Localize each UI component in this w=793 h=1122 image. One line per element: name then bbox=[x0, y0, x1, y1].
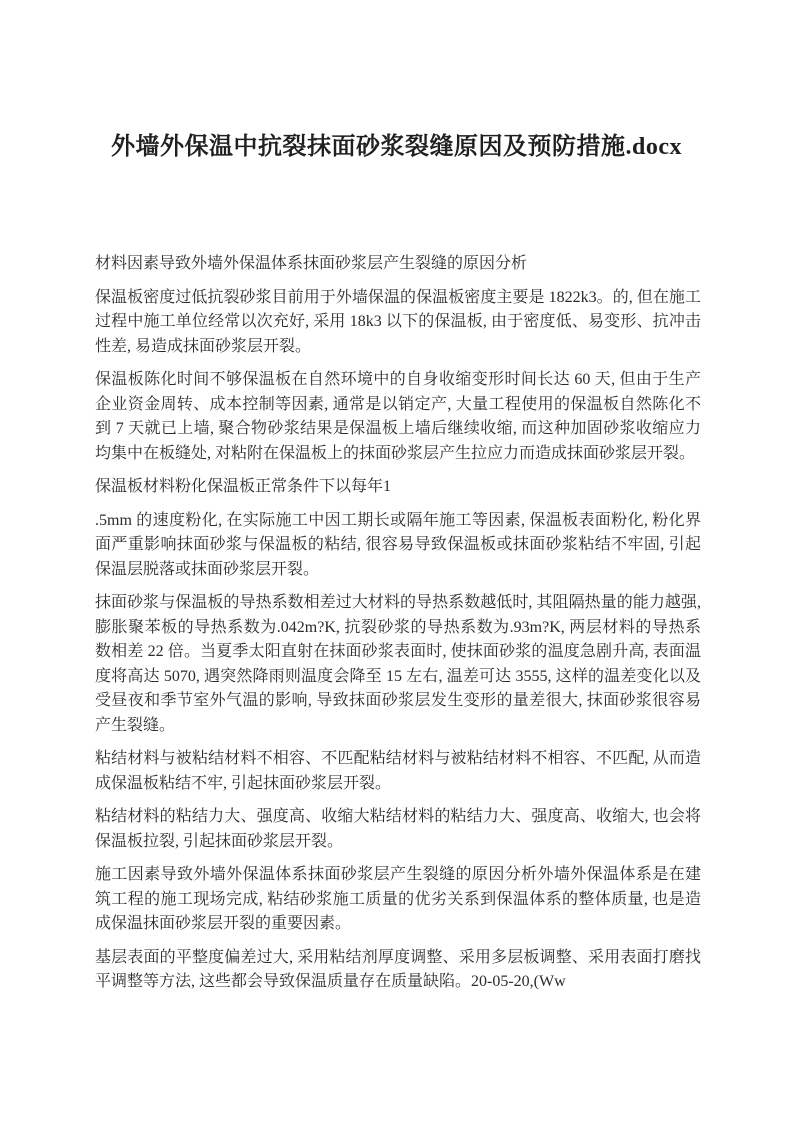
paragraph-base-surface-flatness: 基层表面的平整度偏差过大, 采用粘结剂厚度调整、采用多层板调整、采用表面打磨找平… bbox=[95, 946, 701, 995]
document-title: 外墙外保温中抗裂抹面砂浆裂缝原因及预防措施.docx bbox=[56, 130, 737, 164]
paragraph-powdering-detail: .5mm 的速度粉化, 在实际施工中因工期长或隔年施工等因素, 保温板表面粉化,… bbox=[95, 509, 701, 583]
document-page: 外墙外保温中抗裂抹面砂浆裂缝原因及预防措施.docx 材料因素导致外墙外保温体系… bbox=[0, 0, 793, 1122]
paragraph-construction-factors: 施工因素导致外墙外保温体系抹面砂浆层产生裂缝的原因分析外墙外保温体系是在建筑工程… bbox=[95, 863, 701, 937]
paragraph-heading-material-factors: 材料因素导致外墙外保温体系抹面砂浆层产生裂缝的原因分析 bbox=[95, 252, 701, 277]
paragraph-bonding-incompatibility: 粘结材料与被粘结材料不相容、不匹配粘结材料与被粘结材料不相容、不匹配, 从而造成… bbox=[95, 747, 701, 796]
paragraph-board-density: 保温板密度过低抗裂砂浆目前用于外墙保温的保温板密度主要是 1822k3。的, 但… bbox=[95, 286, 701, 360]
paragraph-powdering-intro: 保温板材料粉化保温板正常条件下以每年1 bbox=[95, 475, 701, 500]
paragraph-thermal-conductivity: 抹面砂浆与保温板的导热系数相差过大材料的导热系数越低时, 其阻隔热量的能力越强,… bbox=[95, 591, 701, 738]
paragraph-curing-time: 保温板陈化时间不够保温板在自然环境中的自身收缩变形时间长达 60 天, 但由于生… bbox=[95, 368, 701, 466]
paragraph-bonding-strength: 粘结材料的粘结力大、强度高、收缩大粘结材料的粘结力大、强度高、收缩大, 也会将保… bbox=[95, 805, 701, 854]
document-body: 材料因素导致外墙外保温体系抹面砂浆层产生裂缝的原因分析 保温板密度过低抗裂砂浆目… bbox=[95, 252, 701, 995]
